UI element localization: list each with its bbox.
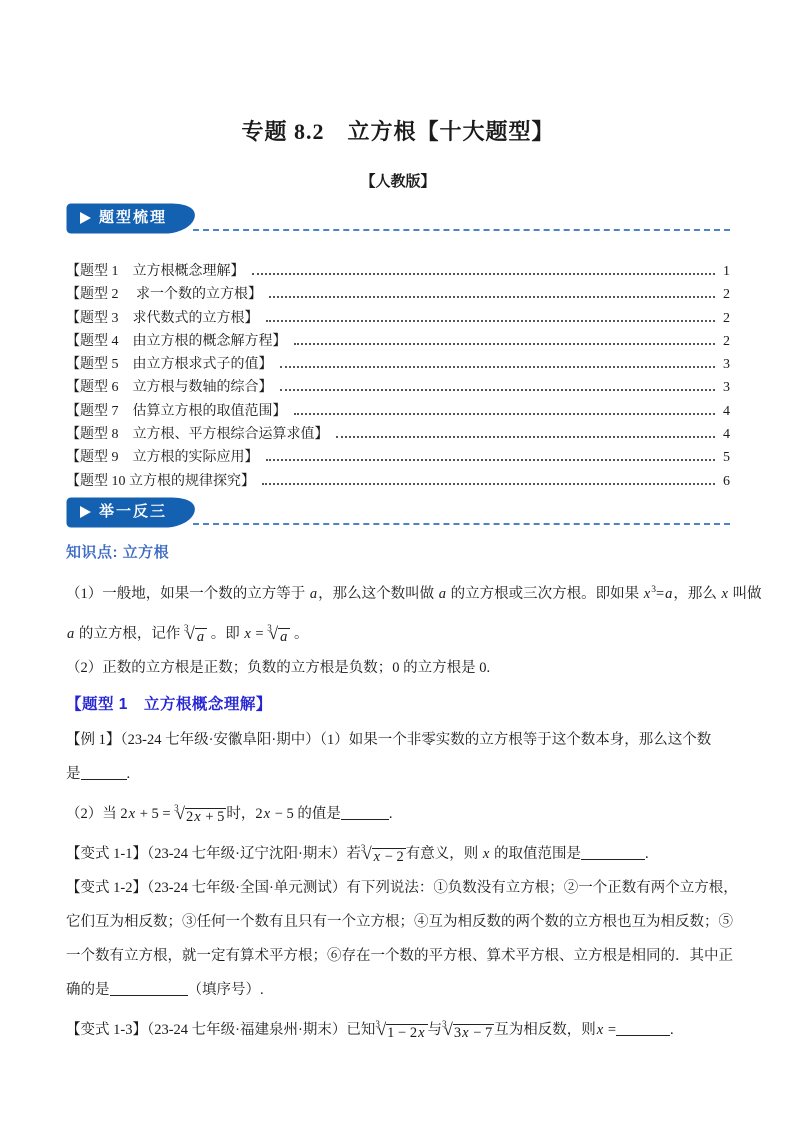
math-variable: x [643, 586, 651, 602]
knowledge-line: （2）正数的立方根是正数；负数的立方根是负数；0 的立方根是 0. [66, 651, 730, 685]
knowledge-line: （1）一般地，如果一个数的立方等于 a，那么这个数叫做 a 的立方根或三次方根。… [66, 573, 730, 611]
toc-leader-dots [266, 320, 716, 322]
cube-root-expression: 3√1 − 2x [375, 1022, 427, 1038]
math-variable: a [66, 626, 75, 642]
section-banner-outline: 题型梳理 [66, 203, 197, 234]
table-of-contents: 【题型 1 立方根概念理解】1 【题型 2 求一个数的立方根】2 【题型 3 求… [66, 260, 730, 493]
math-exponent: 3 [651, 585, 656, 595]
math-variable: x [193, 809, 201, 825]
toc-item-label: 【题型 3 求代数式的立方根】 [66, 307, 259, 327]
toc-row[interactable]: 【题型 8 立方根、平方根综合运算求值】4 [66, 423, 730, 446]
knowledge-line: a 的立方根，记作 3√a 。即 x = 3√a 。 [66, 611, 730, 651]
toc-item-label: 【题型 10 立方根的规律探究】 [66, 470, 255, 490]
radical-sign-icon: √ [176, 804, 185, 823]
cube-root-expression: 3√a [267, 626, 290, 642]
banner-label: 题型梳理 [99, 203, 167, 233]
dashed-divider [193, 523, 730, 525]
answer-blank [581, 845, 645, 860]
dashed-divider [193, 229, 730, 231]
section-banner-row-outline: 题型梳理 [66, 203, 730, 234]
section-banner-practice: 举一反三 [66, 497, 197, 528]
cube-root-expression: 3√3x − 7 [442, 1022, 494, 1038]
variant-1-2-line: 【变式 1-2】（23-24 七年级·全国·单元测试）有下列说法：①负数没有立方… [66, 871, 730, 905]
answer-blank [110, 981, 188, 996]
toc-leader-dots [336, 436, 716, 438]
toc-item-label: 【题型 1 立方根概念理解】 [66, 260, 245, 280]
math-variable: x [263, 806, 271, 822]
play-icon [80, 212, 91, 224]
toc-row[interactable]: 【题型 2 求一个数的立方根】2 [66, 283, 730, 306]
toc-row[interactable]: 【题型 3 求代数式的立方根】2 [66, 307, 730, 330]
toc-item-label: 【题型 4 由立方根的概念解方程】 [66, 330, 287, 350]
math-variable: x [596, 1022, 604, 1038]
example-1-line: （2）当 2x + 5 = 3√2x + 5时，2x − 5 的值是. [66, 791, 730, 831]
radical-sign-icon: √ [444, 1020, 453, 1039]
toc-row[interactable]: 【题型 10 立方根的规律探究】6 [66, 470, 730, 493]
toc-row[interactable]: 【题型 6 立方根与数轴的综合】3 [66, 376, 730, 399]
toc-row[interactable]: 【题型 5 由立方根求式子的值】3 [66, 353, 730, 376]
example-1-line: 【例 1】（23-24 七年级·安徽阜阳·期中）（1）如果一个非零实数的立方根等… [66, 723, 730, 757]
document-page: 专题 8.2 立方根【十大题型】 【人教版】 题型梳理 【题型 1 立方根概念理… [0, 0, 793, 1122]
variant-1-2-line: 一个数有立方根，就一定有算术平方根；⑥存在一个数的平方根、算术平方根、立方根是相… [66, 939, 730, 973]
toc-page-number: 3 [720, 357, 730, 373]
toc-row[interactable]: 【题型 1 立方根概念理解】1 [66, 260, 730, 283]
variant-1-1-line: 【变式 1-1】（23-24 七年级·辽宁沈阳·期末）若3√x − 2有意义，则… [66, 831, 730, 871]
math-variable: x [417, 1025, 425, 1041]
toc-page-number: 2 [720, 287, 730, 303]
math-variable: a [196, 629, 205, 645]
toc-leader-dots [294, 413, 716, 415]
math-variable: x [721, 586, 729, 602]
math-variable: x [243, 626, 251, 642]
toc-leader-dots [266, 459, 716, 461]
toc-leader-dots [294, 343, 716, 345]
toc-leader-dots [280, 366, 716, 368]
toc-row[interactable]: 【题型 4 由立方根的概念解方程】2 [66, 330, 730, 353]
answer-blank [341, 805, 389, 820]
math-variable: x [128, 806, 136, 822]
radical-sign-icon: √ [362, 844, 371, 863]
toc-page-number: 3 [720, 380, 730, 396]
math-variable: a [438, 586, 447, 602]
topic-1-heading: 【题型 1 立方根概念理解】 [66, 690, 730, 720]
radicand: 2x + 5 [185, 808, 226, 826]
radical-sign-icon: √ [377, 1020, 386, 1039]
toc-item-label: 【题型 5 由立方根求式子的值】 [66, 353, 273, 373]
knowledge-point-heading: 知识点: 立方根 [66, 543, 730, 563]
banner-label: 举一反三 [99, 497, 167, 527]
toc-page-number: 2 [720, 311, 730, 327]
radicand: a [278, 628, 290, 646]
radicand: a [195, 628, 207, 646]
cube-root-expression: 3√2x + 5 [174, 806, 226, 822]
example-1-line: 是. [66, 757, 730, 791]
toc-leader-dots [280, 389, 716, 391]
toc-item-label: 【题型 7 估算立方根的取值范围】 [66, 400, 287, 420]
knowledge-point-body: （1）一般地，如果一个数的立方等于 a，那么这个数叫做 a 的立方根或三次方根。… [66, 573, 730, 685]
toc-page-number: 1 [720, 264, 730, 280]
play-icon [80, 506, 91, 518]
variant-1-2-line: 它们互为相反数；③任何一个数有且只有一个立方根；④互为相反数的两个数的立方根也互… [66, 905, 730, 939]
toc-page-number: 6 [720, 474, 730, 490]
page-title: 专题 8.2 立方根【十大题型】 [66, 116, 730, 148]
cube-root-expression: 3√x − 2 [361, 846, 406, 862]
answer-blank [81, 765, 127, 780]
page-subtitle: 【人教版】 [66, 172, 730, 192]
toc-page-number: 4 [720, 427, 730, 443]
toc-item-label: 【题型 9 立方根的实际应用】 [66, 446, 259, 466]
toc-leader-dots [252, 273, 716, 275]
toc-item-label: 【题型 8 立方根、平方根综合运算求值】 [66, 423, 329, 443]
toc-page-number: 4 [720, 404, 730, 420]
toc-leader-dots [269, 296, 715, 298]
cube-root-expression: 3√a [184, 626, 207, 642]
math-variable: a [279, 629, 288, 645]
problems-section: 【例 1】（23-24 七年级·安徽阜阳·期中）（1）如果一个非零实数的立方根等… [66, 723, 730, 1047]
variant-1-2-line: 确的是（填序号）. [66, 973, 730, 1007]
toc-leader-dots [262, 483, 715, 485]
math-variable: x [482, 846, 490, 862]
math-variable: x [373, 849, 381, 865]
variant-1-3-line: 【变式 1-3】（23-24 七年级·福建泉州·期末）已知3√1 − 2x与3√… [66, 1007, 730, 1047]
math-variable: a [309, 586, 318, 602]
radical-sign-icon: √ [186, 624, 195, 643]
math-variable: a [664, 586, 673, 602]
radicand: 1 − 2x [386, 1024, 427, 1042]
toc-item-label: 【题型 6 立方根与数轴的综合】 [66, 376, 273, 396]
radicand: 3x − 7 [453, 1024, 494, 1042]
toc-item-label: 【题型 2 求一个数的立方根】 [66, 283, 262, 303]
toc-page-number: 2 [720, 334, 730, 350]
toc-row[interactable]: 【题型 7 估算立方根的取值范围】4 [66, 400, 730, 423]
toc-page-number: 5 [720, 450, 730, 466]
toc-row[interactable]: 【题型 9 立方根的实际应用】5 [66, 446, 730, 469]
radical-sign-icon: √ [269, 624, 278, 643]
answer-blank [616, 1021, 670, 1036]
radicand: x − 2 [372, 848, 406, 866]
math-variable: x [461, 1025, 469, 1041]
section-banner-row-practice: 举一反三 [66, 497, 730, 528]
